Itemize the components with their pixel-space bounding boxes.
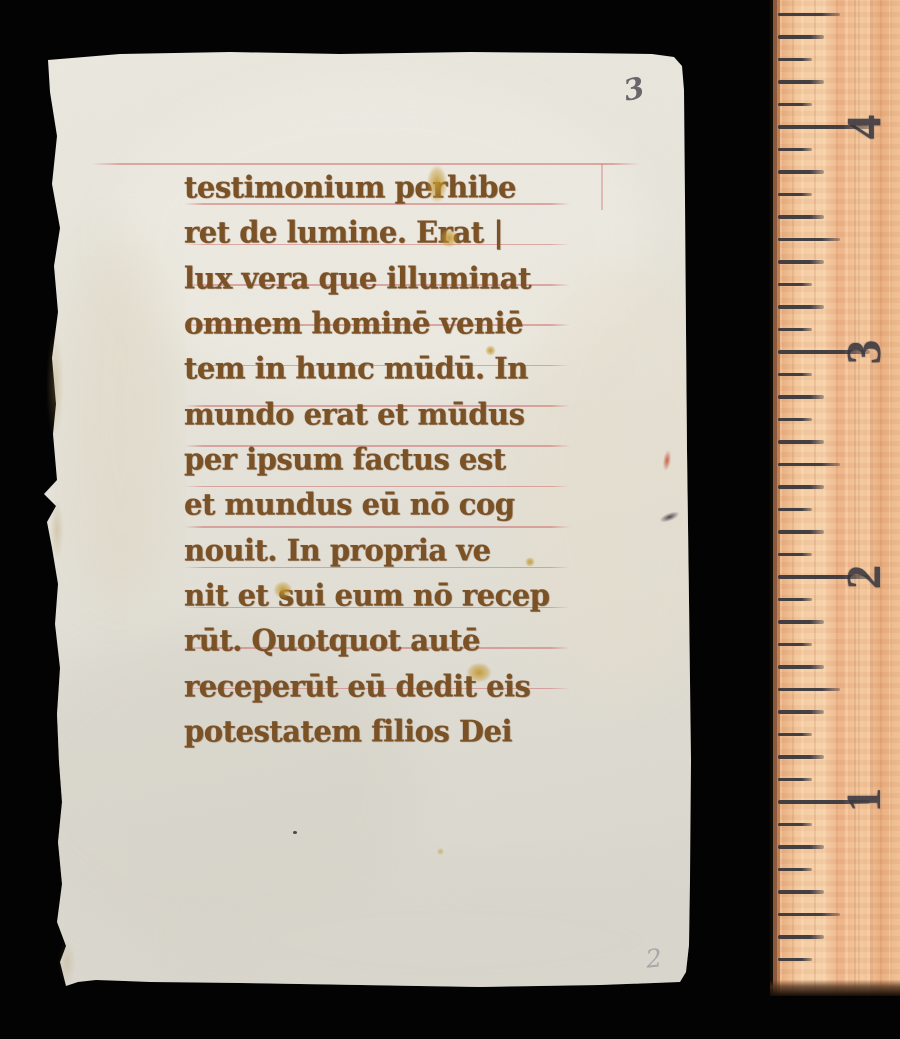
gold-stain [424, 160, 450, 208]
gold-stain [437, 226, 461, 250]
manuscript-text-block: testimonium perhibe ret de lumine. Erat … [184, 163, 584, 752]
rust-dot [436, 847, 445, 856]
ruler-tick [778, 485, 824, 489]
ruler-tick [778, 170, 824, 174]
ruler-tick [778, 58, 812, 62]
ruler-tick [778, 643, 812, 647]
ruler-tick [778, 530, 824, 534]
ruler-number-2: 2 [833, 545, 895, 609]
text-line: mundo erat et mūdus [184, 388, 584, 435]
photo-background: testimonium perhibe ret de lumine. Erat … [0, 0, 900, 1039]
text-line: rūt. Quotquot autē [184, 615, 584, 662]
ruler-tick [778, 148, 812, 152]
text-line: per ipsum factus est [184, 433, 584, 480]
ruler-tick [778, 598, 812, 602]
ruler-tick [778, 778, 812, 782]
gold-stain [484, 344, 497, 357]
pencil-folio-number: 2 [645, 943, 664, 974]
text-line: potestatem filios Dei [184, 705, 584, 752]
text-line: et mundus eū nō cog [184, 479, 584, 526]
ruler-tick [778, 733, 812, 737]
ruler-tick [778, 935, 824, 939]
ruler-tick [778, 13, 840, 17]
ruler-tick [778, 238, 840, 242]
ruler-tick [778, 440, 824, 444]
ruler-end-edge [770, 980, 900, 996]
ruler-tick [778, 193, 812, 197]
gold-stain [524, 556, 536, 568]
ruler-tick [778, 688, 840, 692]
ruler-tick [778, 463, 840, 467]
gold-stain [271, 579, 295, 601]
edge-smudge [46, 330, 64, 440]
text-line: nit et sui eum nō recep [184, 569, 584, 616]
ruler-tick [778, 260, 824, 264]
ruler-tick [778, 215, 824, 219]
ruler-tick [778, 373, 812, 377]
gold-stain [463, 660, 495, 685]
ruler-tick [778, 80, 824, 84]
ruler-tick [778, 845, 824, 849]
ruler: 4 3 2 1 [770, 0, 900, 996]
ruler-tick [778, 665, 824, 669]
ruler-tick [778, 418, 812, 422]
text-line: ret de lumine. Erat | [184, 207, 584, 254]
ruler-tick [778, 103, 812, 107]
ruler-tick [778, 958, 812, 962]
edge-smudge [58, 940, 76, 985]
ruler-tick [778, 328, 812, 332]
text-line: lux vera que illuminat [184, 252, 584, 299]
ruler-number-3: 3 [833, 320, 895, 384]
ruler-tick [778, 890, 824, 894]
ruler-tick [778, 823, 812, 827]
ruler-tick [778, 508, 812, 512]
ruler-tick [778, 913, 840, 917]
ruler-tick [778, 305, 824, 309]
ruler-tick [778, 553, 812, 557]
ruler-tick [778, 868, 812, 872]
text-line: testimonium perhibe [184, 161, 584, 208]
ruler-number-4: 4 [833, 95, 895, 159]
text-line: receperūt eū dedit eis [184, 660, 584, 707]
ink-speck [293, 831, 297, 834]
ruler-tick [778, 755, 824, 759]
ruler-number-1: 1 [833, 768, 895, 832]
text-line: tem in hunc mūdū. In [184, 343, 584, 390]
ruler-tick [778, 395, 824, 399]
ruling-vertical-line [601, 164, 603, 210]
ruler-tick [778, 283, 812, 287]
ruler-tick [778, 710, 824, 714]
ruler-tick [778, 620, 824, 624]
ruler-tick [778, 35, 824, 39]
edge-smudge [50, 500, 64, 560]
text-line: omnem hominē veniē [184, 297, 584, 344]
